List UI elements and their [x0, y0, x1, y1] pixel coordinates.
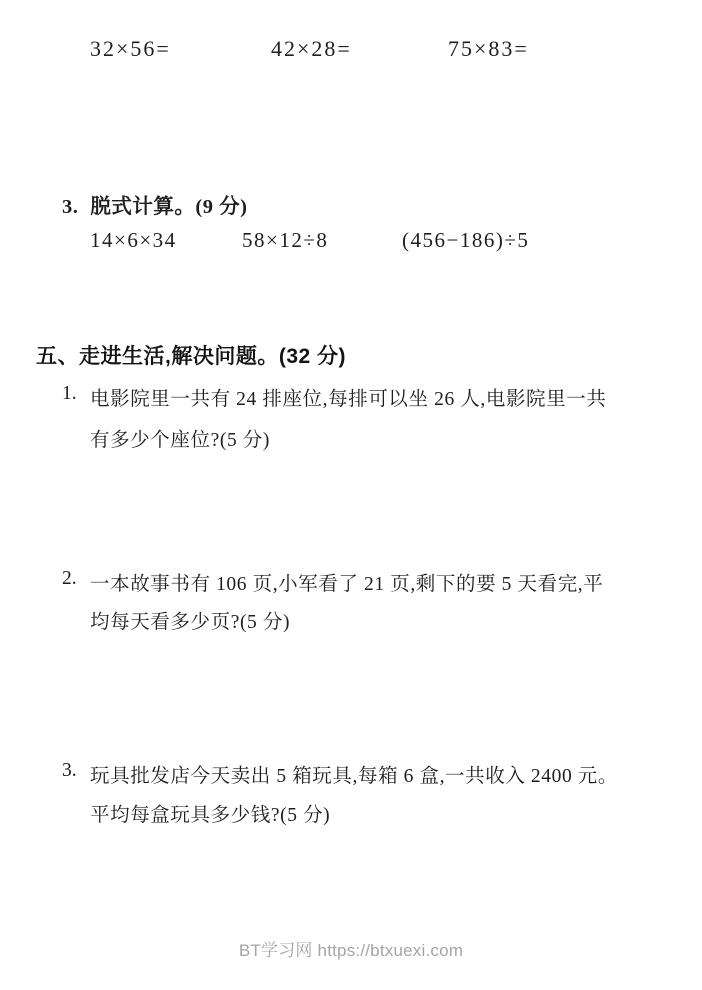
- word-problem-3-line2: 平均每盒玩具多少钱?(5 分): [90, 799, 330, 827]
- multiplication-problem-1: 32×56=: [90, 36, 171, 62]
- word-problem-2-line2: 均每天看多少页?(5 分): [90, 606, 290, 634]
- multiplication-problems-row: 32×56= 42×28= 75×83=: [0, 36, 702, 62]
- step-calculation-number: 3.: [62, 196, 78, 218]
- word-problem-2-number: 2.: [62, 568, 77, 590]
- word-problem-1-line2: 有多少个座位?(5 分): [90, 424, 270, 452]
- worksheet-page: 32×56= 42×28= 75×83= 3.脱式计算。(9 分) 14×6×3…: [0, 0, 702, 990]
- step-calculation-title: 脱式计算。(9 分): [90, 196, 247, 218]
- multiplication-problem-2: 42×28=: [271, 36, 352, 62]
- section-five-heading: 五、走进生活,解决问题。(32 分): [36, 340, 346, 370]
- step-calculation-heading: 3.脱式计算。(9 分): [62, 189, 247, 219]
- step-expression-2: 58×12÷8: [242, 228, 328, 253]
- step-expression-1: 14×6×34: [90, 228, 177, 253]
- word-problem-2-line1: 一本故事书有 106 页,小军看了 21 页,剩下的要 5 天看完,平: [90, 568, 603, 596]
- word-problem-1-number: 1.: [62, 383, 77, 405]
- step-calculation-expressions-row: 14×6×34 58×12÷8 (456−186)÷5: [0, 228, 702, 254]
- multiplication-problem-3: 75×83=: [448, 36, 529, 62]
- site-watermark: BT学习网 https://btxuexi.com: [0, 936, 702, 961]
- word-problem-3-line1: 玩具批发店今天卖出 5 箱玩具,每箱 6 盒,一共收入 2400 元。: [90, 760, 618, 788]
- word-problem-3-number: 3.: [62, 760, 77, 782]
- step-expression-3: (456−186)÷5: [402, 228, 529, 253]
- word-problem-1-line1: 电影院里一共有 24 排座位,每排可以坐 26 人,电影院里一共: [90, 383, 606, 411]
